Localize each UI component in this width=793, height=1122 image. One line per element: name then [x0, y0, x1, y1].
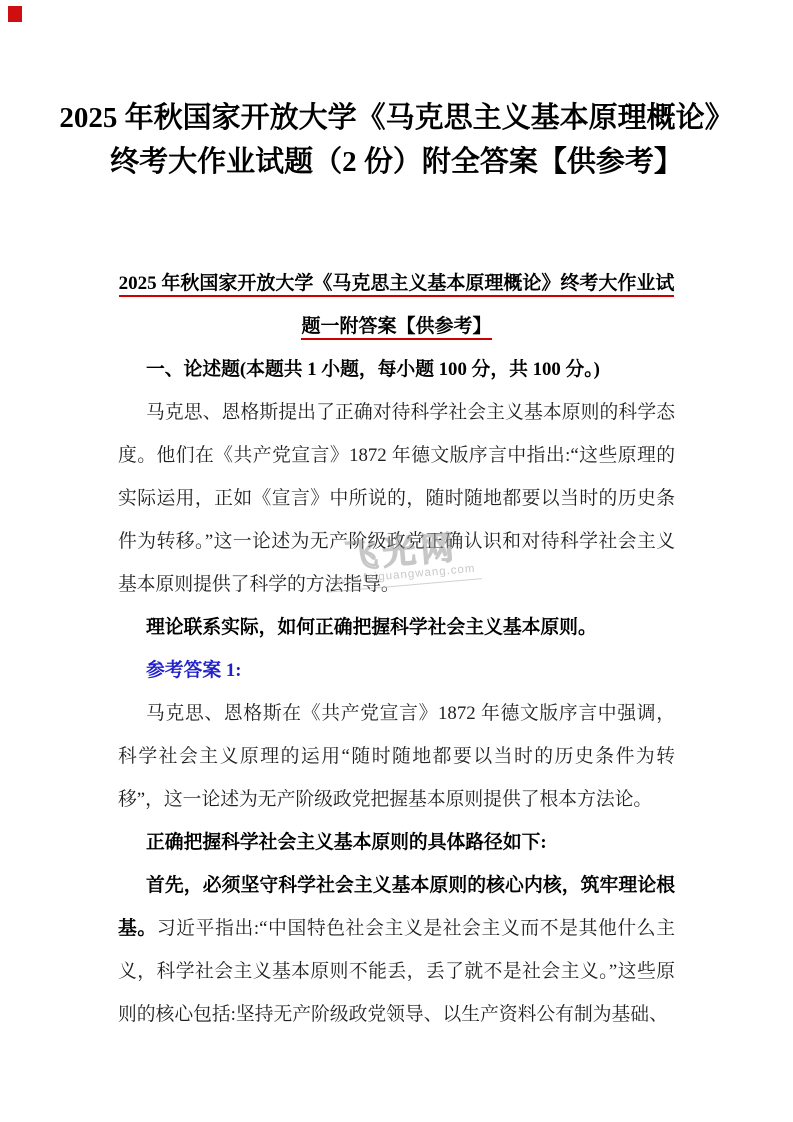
document-title: 2025 年秋国家开放大学《马克思主义基本原理概论》终考大作业试题（2 份）附全… — [55, 96, 738, 184]
paper-one-heading-line2: 题一附答案【供参考】 — [301, 316, 491, 340]
answer-paragraph-3-rest: 习近平指出:“中国特色社会主义是社会主义而不是其他什么主义，科学社会主义基本原则… — [118, 918, 675, 1025]
red-corner-marker — [8, 6, 22, 22]
document-page: 2025 年秋国家开放大学《马克思主义基本原理概论》终考大作业试题（2 份）附全… — [0, 0, 793, 1122]
question-section-header: 一、论述题(本题共 1 小题，每小题 100 分，共 100 分。) — [118, 348, 675, 391]
answer-label: 参考答案 1: — [118, 649, 675, 692]
paper-one-heading-line2-wrap: 题一附答案【供参考】 — [110, 305, 683, 348]
paper-one-heading: 2025 年秋国家开放大学《马克思主义基本原理概论》终考大作业试 题一附答案【供… — [110, 262, 683, 348]
answer-paragraph-1: 马克思、恩格斯在《共产党宣言》1872 年德文版序言中强调，科学社会主义原理的运… — [118, 692, 675, 821]
answer-paragraph-3: 首先，必须坚守科学社会主义基本原则的核心内核，筑牢理论根基。习近平指出:“中国特… — [118, 864, 675, 1036]
question-body-paragraph: 马克思、恩格斯提出了正确对待科学社会主义基本原则的科学态度。他们在《共产党宣言》… — [118, 391, 675, 606]
document-body: 一、论述题(本题共 1 小题，每小题 100 分，共 100 分。) 马克思、恩… — [118, 348, 675, 1036]
paper-one-heading-line1: 2025 年秋国家开放大学《马克思主义基本原理概论》终考大作业试 — [119, 273, 675, 297]
answer-paragraph-2: 正确把握科学社会主义基本原则的具体路径如下: — [118, 821, 675, 864]
paper-one-heading-line1-wrap: 2025 年秋国家开放大学《马克思主义基本原理概论》终考大作业试 — [110, 262, 683, 305]
question-prompt: 理论联系实际，如何正确把握科学社会主义基本原则。 — [118, 606, 675, 649]
